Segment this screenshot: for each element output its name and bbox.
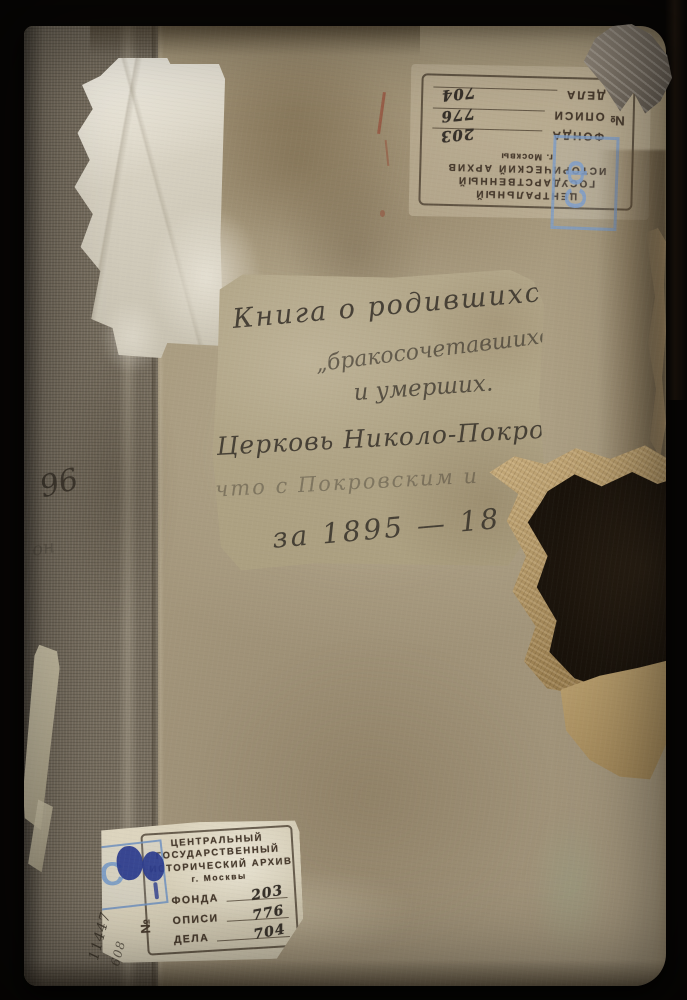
- field-value-handwritten: 704: [252, 921, 287, 943]
- stamp-field-row: ОПИСИ 776: [430, 105, 604, 127]
- field-label: ФОНДА: [171, 893, 219, 908]
- field-value-handwritten: 203: [439, 125, 475, 146]
- title-line-4: Церковь Николо-Покровская: [216, 411, 626, 461]
- field-value-handwritten: 776: [440, 104, 476, 125]
- title-line-2: „бракосочетавшихся: [314, 322, 567, 377]
- red-pencil-mark: [377, 92, 386, 134]
- photo-archival-book-cover: 96 он Книга о родившихся „бракосочетавши…: [0, 0, 687, 1000]
- title-line-3: и умерших.: [353, 370, 494, 406]
- field-line: 776: [432, 107, 544, 125]
- number-sign: №: [137, 918, 153, 933]
- blue-ink-blob: [141, 850, 166, 882]
- stamp-fields: № ФОНДА 203 ОПИСИ 776 ДЕЛА 7: [151, 881, 292, 949]
- sf-stamp-bottom: С: [92, 839, 169, 911]
- red-pencil-mark: [380, 210, 385, 217]
- field-line: 203: [226, 883, 288, 902]
- title-line-5: что с Покровским и: [215, 464, 480, 502]
- field-value-handwritten: 203: [250, 883, 285, 905]
- field-line: 203: [432, 128, 543, 146]
- field-label: ДЕЛА: [174, 932, 210, 946]
- background-wood-streak: [665, 0, 687, 400]
- spine-inscription-faint: он: [30, 536, 56, 561]
- field-value-handwritten: 704: [440, 84, 476, 105]
- worn-bottom-edge: [24, 960, 666, 986]
- book-cover: 96 он Книга о родившихся „бракосочетавши…: [24, 26, 666, 986]
- stamp-field-row: ДЕЛА 704: [431, 85, 605, 107]
- blue-ink-drip: [153, 882, 159, 899]
- greenish-stain: [530, 810, 610, 960]
- field-label: ОПИСИ: [553, 108, 605, 121]
- field-label: ОПИСИ: [172, 912, 219, 927]
- field-value-handwritten: 776: [251, 902, 286, 924]
- sf-letters: СФ: [559, 158, 595, 210]
- red-pencil-mark: [385, 140, 390, 166]
- torn-white-paper-remnant: [73, 58, 225, 358]
- field-label: ДЕЛА: [565, 88, 606, 101]
- field-line: 776: [226, 903, 289, 922]
- handwritten-title-label: Книга о родившихся „бракосочетавшихся и …: [209, 269, 548, 571]
- title-line-1: Книга о родившихся: [231, 275, 563, 335]
- number-sign: №: [610, 114, 625, 129]
- title-line-6: за 1895 — 18: [271, 502, 503, 555]
- field-line: 704: [217, 922, 290, 941]
- field-line: 704: [433, 87, 557, 105]
- worn-top-edge: [90, 26, 420, 56]
- archive-label-bottom: ЦЕНТРАЛЬНЫЙ ГОСУДАРСТВЕННЫЙ ИСТОРИЧЕСКИЙ…: [97, 818, 305, 967]
